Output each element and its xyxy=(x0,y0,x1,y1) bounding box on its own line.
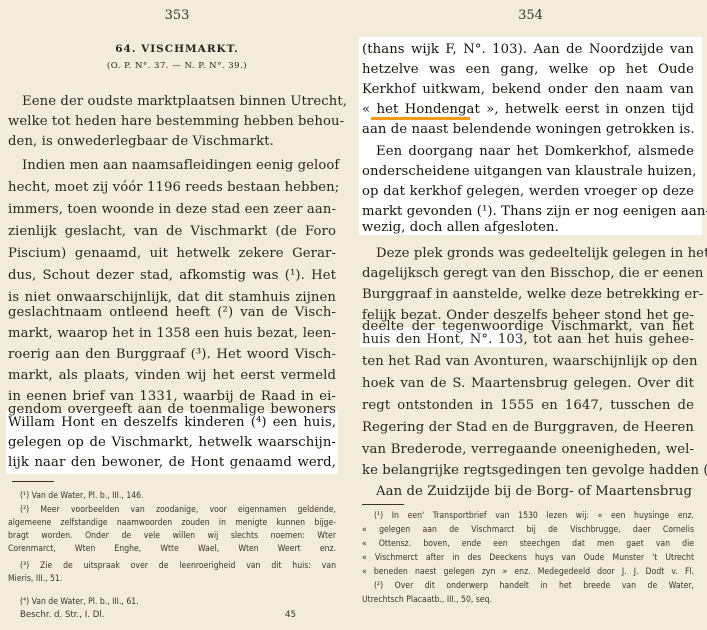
body-line: dagelijksch geregt van den Bisschop, die… xyxy=(362,264,694,284)
highlighted-line: gelegen op de Vischmarkt, hetwelk waarsc… xyxy=(8,433,336,453)
footnote: « Ottensz. boven, ende een steechgen dat… xyxy=(362,538,694,551)
footnote: Corenmarct, Wten Enghe, Wtte Wael, Wten … xyxy=(8,543,336,556)
body-line: welke tot heden hare bestemming hebben b… xyxy=(8,112,336,132)
footnote: « Vischmerct after in des Deeckens huys … xyxy=(362,552,694,565)
body-line: ten het Rad van Avonturen, waarschijnlij… xyxy=(362,352,694,372)
body-line: Piscium) genaamd, uit hetwelk zekere Ger… xyxy=(8,244,336,264)
body-line: roerig aan den Burggraaf (³). Het woord … xyxy=(8,345,336,365)
body-line: hoek van de S. Maartensbrug gelegen. Ove… xyxy=(362,374,694,394)
page-number: 353 xyxy=(0,8,354,23)
footnote: Mieris, III., 51. xyxy=(8,573,336,586)
body-line: ke belangrijke regtsgedingen ten gevolge… xyxy=(362,461,694,481)
highlighted-line: onderscheidene uitgangen van klaustrale … xyxy=(362,162,694,182)
body-line: dus, Schout dezer stad, afkomstig was (¹… xyxy=(8,266,336,286)
body-line: van Brederode, verregaande oneenigheden,… xyxy=(362,440,694,460)
footnote: (³) Zie de uitspraak over de leenroerigh… xyxy=(8,560,336,573)
section-title: 64. VISCHMARKT. xyxy=(0,43,354,55)
footnote: bragt worden. Onder de vele willen wij s… xyxy=(8,530,336,543)
footnote: (¹) In een' Transportbrief van 1530 leze… xyxy=(362,510,694,523)
body-line: zienlijk geslacht, van de Vischmarkt (de… xyxy=(8,222,336,242)
body-line: immers, toen woonde in deze stad een zee… xyxy=(8,200,336,220)
footnote: (⁴) Van de Water, Pl. b., III., 61. xyxy=(8,596,336,609)
footnote: Utrechtsch Placaatb., III., 50, seq. xyxy=(362,594,694,607)
body-line: den, is onwederlegbaar de Vischmarkt. xyxy=(8,132,336,152)
body-line: Aan de Zuidzijde bij de Borg- of Maarten… xyxy=(362,482,694,502)
footnote: algemeene zelfstandige naamwoorden zoude… xyxy=(8,517,336,530)
body-line: Burggraaf in aanstelde, welke deze betre… xyxy=(362,285,694,305)
highlighted-line: lijk naar den bewoner, de Hont genaamd w… xyxy=(8,453,336,473)
body-line: regt ontstonden in 1555 en 1647, tussche… xyxy=(362,396,694,416)
footnote: « gelegen aan de Vischmarct bij de Visch… xyxy=(362,524,694,537)
footnote-rule xyxy=(12,481,54,482)
body-line: huis den Hont, N°. 103, tot aan het huis… xyxy=(362,330,694,350)
body-line: Regering der Stad en de Burggraven, de H… xyxy=(362,418,694,438)
body-line: markt, waarop het in 1358 een huis bezat… xyxy=(8,324,336,344)
body-line: Indien men aan naamsafleidingen eenig ge… xyxy=(8,156,336,176)
body-line: markt, als plaats, vinden wij het eerst … xyxy=(8,366,336,386)
highlighted-line: wezig, doch allen afgesloten. xyxy=(362,218,694,238)
highlighted-line: Kerkhof uitkwam, bekend onder den naam v… xyxy=(362,80,694,100)
footnote: (¹) Van de Water, Pl. b., III., 146. xyxy=(8,490,336,503)
signature-mark: Beschr. d. Str., I. Dl. xyxy=(20,610,104,620)
right-page: 354 (thans wijk F, N°. 103). Aan de Noor… xyxy=(354,0,707,630)
footnote: (²) Over dit onderwerp handelt in het br… xyxy=(362,580,694,593)
body-line: Eene der oudste marktplaatsen binnen Utr… xyxy=(8,92,336,112)
body-line: geslachtnaam ontleend heeft (²) van de V… xyxy=(8,303,336,323)
highlighted-line: aan de naast belendende woningen getrokk… xyxy=(362,120,694,140)
left-page: 353 64. VISCHMARKT. (O. P. N°. 37. — N. … xyxy=(0,0,354,630)
highlighted-line: (thans wijk F, N°. 103). Aan de Noordzij… xyxy=(362,40,694,60)
footnote: (²) Meer voorbeelden van zoodanige, voor… xyxy=(8,504,336,517)
highlighted-line: op dat kerkhof gelegen, werden vroeger o… xyxy=(362,182,694,202)
highlighted-line: hetzelve was een gang, welke op het Oude xyxy=(362,60,694,80)
page-number: 354 xyxy=(354,8,707,23)
footnote-rule xyxy=(362,504,404,505)
highlighted-line: Willam Hont en deszelfs kinderen (⁴) een… xyxy=(8,413,336,433)
section-subtitle: (O. P. N°. 37. — N. P. N°. 39.) xyxy=(0,61,354,71)
highlighted-line: Een doorgang naar het Domkerkhof, alsmed… xyxy=(362,142,694,162)
footnote: « beneden naest gelegen zyn » enz. Medeg… xyxy=(362,566,694,579)
body-line: hecht, moet zij vóór 1196 reeds bestaan … xyxy=(8,178,336,198)
signature-number: 45 xyxy=(285,610,296,620)
body-line: Deze plek gronds was gedeeltelijk gelege… xyxy=(362,244,694,264)
